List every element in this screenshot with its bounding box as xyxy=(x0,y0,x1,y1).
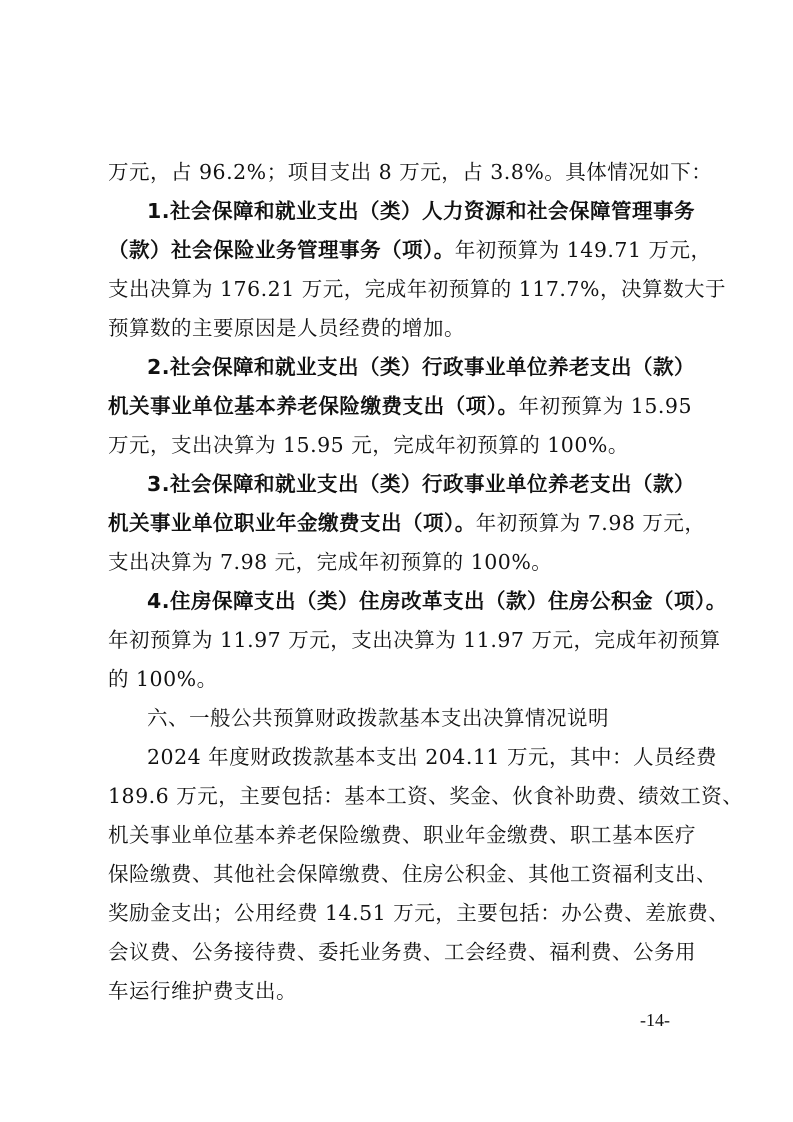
item-1-title: 1.社会保障和就业支出（类）人力资源和社会保障管理事务 xyxy=(147,196,692,226)
paragraph-line: 万元，占 96.2%；项目支出 8 万元，占 3.8%。具体情况如下： xyxy=(108,157,692,187)
line-text: 机关事业单位基本养老保险缴费、职业年金缴费、职工基本医疗 xyxy=(108,823,696,847)
line-text: 189.6 万元，主要包括：基本工资、奖金、伙食补助费、绩效工资、 xyxy=(108,784,743,808)
line-text: 奖励金支出；公用经费 14.51 万元，主要包括：办公费、差旅费、 xyxy=(108,901,729,925)
item-title-bold: 2.社会保障和就业支出（类）行政事业单位养老支出（款） xyxy=(147,355,695,379)
line-text: 车运行维护费支出。 xyxy=(108,979,297,1003)
line-text: 年初预算为 7.98 万元， xyxy=(476,511,706,535)
line-text: 支出决算为 7.98 元，完成年初预算的 100%。 xyxy=(108,550,552,574)
paragraph-line: 车运行维护费支出。 xyxy=(108,976,692,1006)
line-text: 支出决算为 176.21 万元，完成年初预算的 117.7%，决算数大于 xyxy=(108,277,726,301)
item-title-bold: （款）社会保险业务管理事务（项）。 xyxy=(108,238,455,262)
section-heading-text: 六、一般公共预算财政拨款基本支出决算情况说明 xyxy=(147,706,609,730)
line-text: 的 100%。 xyxy=(108,667,218,691)
paragraph-line: 万元，支出决算为 15.95 元，完成年初预算的 100%。 xyxy=(108,430,692,460)
paragraph-line: 机关事业单位职业年金缴费支出（项）。年初预算为 7.98 万元， xyxy=(108,508,692,538)
item-title-bold: 4.住房保障支出（类）住房改革支出（款）住房公积金（项）。 xyxy=(147,589,727,613)
line-text: 万元，占 96.2%；项目支出 8 万元，占 3.8%。具体情况如下： xyxy=(108,160,712,184)
paragraph-line: 奖励金支出；公用经费 14.51 万元，主要包括：办公费、差旅费、 xyxy=(108,898,692,928)
item-title-bold: 机关事业单位职业年金缴费支出（项）。 xyxy=(108,511,476,535)
paragraph-line: 支出决算为 7.98 元，完成年初预算的 100%。 xyxy=(108,547,692,577)
line-text: 年初预算为 15.95 xyxy=(519,394,692,418)
paragraph-line: 会议费、公务接待费、委托业务费、工会经费、福利费、公务用 xyxy=(108,937,692,967)
line-text: 预算数的主要原因是人员经费的增加。 xyxy=(108,316,465,340)
paragraph-line: 2024 年度财政拨款基本支出 204.11 万元，其中：人员经费 xyxy=(147,742,692,772)
paragraph-line: （款）社会保险业务管理事务（项）。年初预算为 149.71 万元， xyxy=(108,235,692,265)
line-text: 会议费、公务接待费、委托业务费、工会经费、福利费、公务用 xyxy=(108,940,696,964)
section-heading: 六、一般公共预算财政拨款基本支出决算情况说明 xyxy=(147,703,692,733)
paragraph-line: 189.6 万元，主要包括：基本工资、奖金、伙食补助费、绩效工资、 xyxy=(108,781,692,811)
line-text: 2024 年度财政拨款基本支出 204.11 万元，其中：人员经费 xyxy=(147,745,717,769)
item-3-title: 3.社会保障和就业支出（类）行政事业单位养老支出（款） xyxy=(147,469,692,499)
line-text: 保险缴费、其他社会保障缴费、住房公积金、其他工资福利支出、 xyxy=(108,862,717,886)
document-page: 万元，占 96.2%；项目支出 8 万元，占 3.8%。具体情况如下： 1.社会… xyxy=(0,0,793,1122)
item-title-bold: 3.社会保障和就业支出（类）行政事业单位养老支出（款） xyxy=(147,472,695,496)
line-text: 年初预算为 149.71 万元， xyxy=(455,238,712,262)
paragraph-line: 机关事业单位基本养老保险缴费支出（项）。年初预算为 15.95 xyxy=(108,391,692,421)
paragraph-line: 预算数的主要原因是人员经费的增加。 xyxy=(108,313,692,343)
paragraph-line: 保险缴费、其他社会保障缴费、住房公积金、其他工资福利支出、 xyxy=(108,859,692,889)
page-number: -14- xyxy=(640,1010,670,1031)
item-title-bold: 机关事业单位基本养老保险缴费支出（项）。 xyxy=(108,394,519,418)
item-4-title: 4.住房保障支出（类）住房改革支出（款）住房公积金（项）。 xyxy=(147,586,692,616)
line-text: 年初预算为 11.97 万元，支出决算为 11.97 万元，完成年初预算 xyxy=(108,628,720,652)
paragraph-line: 年初预算为 11.97 万元，支出决算为 11.97 万元，完成年初预算 xyxy=(108,625,692,655)
item-title-bold: 1.社会保障和就业支出（类）人力资源和社会保障管理事务 xyxy=(147,199,695,223)
paragraph-line: 支出决算为 176.21 万元，完成年初预算的 117.7%，决算数大于 xyxy=(108,274,692,304)
paragraph-line: 的 100%。 xyxy=(108,664,692,694)
paragraph-line: 机关事业单位基本养老保险缴费、职业年金缴费、职工基本医疗 xyxy=(108,820,692,850)
item-2-title: 2.社会保障和就业支出（类）行政事业单位养老支出（款） xyxy=(147,352,692,382)
line-text: 万元，支出决算为 15.95 元，完成年初预算的 100%。 xyxy=(108,433,629,457)
